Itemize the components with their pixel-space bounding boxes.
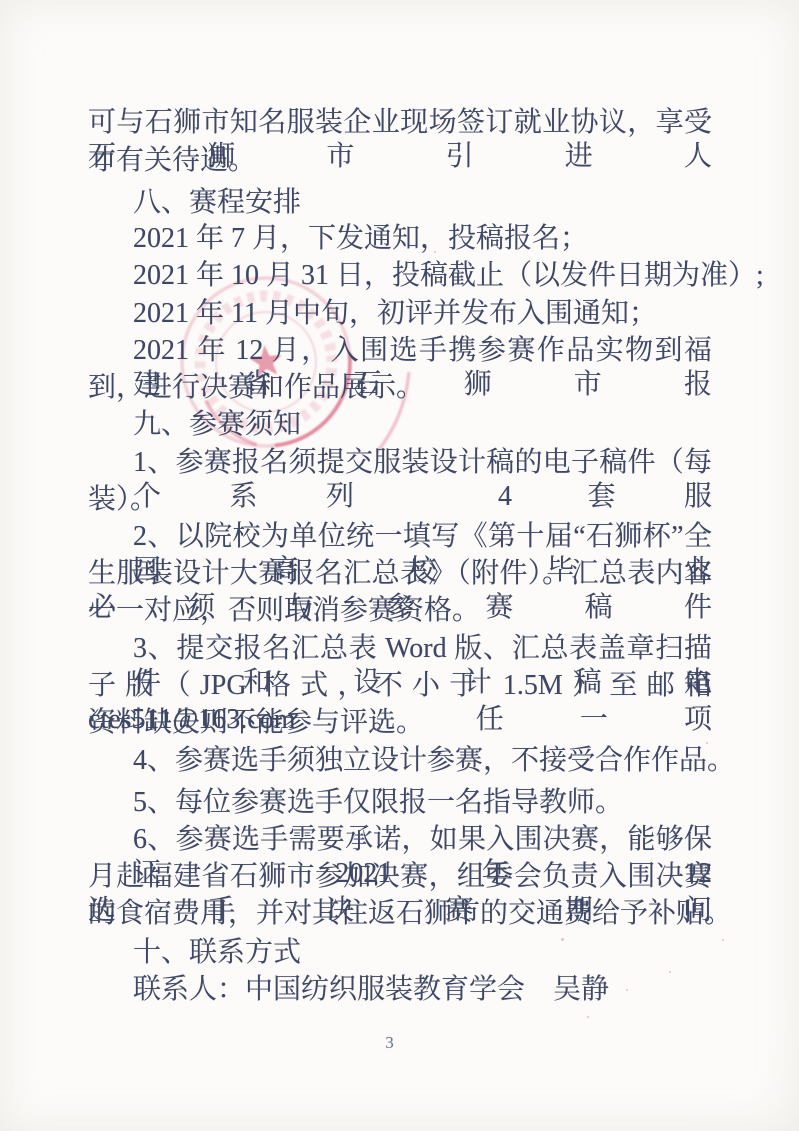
scan-speckle [561, 938, 564, 941]
text-line: 3、提交报名汇总表 Word 版、汇总表盖章扫描件和设计稿电 [88, 632, 712, 668]
text-line: 十、联系方式 [88, 936, 712, 972]
text-line: 八、赛程安排 [88, 186, 712, 222]
text-line: 2021 年 11 月中旬，初评并发布入围通知； [88, 297, 712, 333]
scan-speckle [722, 939, 724, 941]
text-line: 1、参赛报名须提交服装设计稿的电子稿件（每个系列 4 套服 [88, 446, 712, 482]
scan-speckle [434, 251, 436, 253]
text-line: 才有关待遇。 [88, 144, 712, 180]
text-line: 2、以院校为单位统一填写《第十届“石狮杯”全国高校毕业 [88, 520, 712, 556]
text-line: 2021 年 7 月，下发通知，投稿报名； [88, 222, 712, 258]
scan-speckle [669, 971, 671, 973]
scan-speckle [626, 989, 628, 991]
text-line: 资料缺失则不能参与评选。 [88, 706, 712, 742]
text-line: 到，进行决赛和作品展示。 [88, 371, 712, 407]
text-line: 九、参赛须知 [88, 408, 712, 444]
page-number: 3 [0, 1033, 780, 1053]
text-line: 2021 年 12 月，入围选手携参赛作品实物到福建省石狮市报 [88, 334, 712, 370]
text-line: 一一对应，否则取消参赛资格。 [88, 594, 712, 630]
text-line: 5、每位参赛选手仅限报一名指导教师。 [88, 786, 712, 822]
text-line: 装）。 [88, 483, 712, 519]
scan-speckle [587, 1016, 589, 1018]
scan-speckle [706, 742, 708, 744]
text-line: 2021 年 10 月 31 日，投稿截止（以发件日期为准）; [88, 259, 712, 295]
text-line: 生服装设计大赛报名汇总表》（附件）。汇总表内容必须与参赛稿件 [88, 557, 712, 593]
text-line: 联系人：中国纺织服装教育学会 吴静 [88, 973, 712, 1009]
text-line: 的食宿费用，并对其往返石狮市的交通费给予补贴。 [88, 897, 712, 933]
text-line: 月赴福建省石狮市参加决赛，组委会负责入围决赛选手决赛期间 [88, 860, 712, 896]
text-line: 6、参赛选手需要承诺，如果入围决赛，能够保证 2021 年 12 [88, 823, 712, 859]
text-line: 4、参赛选手须独立设计参赛，不接受合作作品。 [88, 744, 712, 780]
scanned-document-page: 可与石狮市知名服装企业现场签订就业协议，享受石狮市引进人才有关待遇。八、赛程安排… [0, 0, 799, 1131]
text-line: 可与石狮市知名服装企业现场签订就业协议，享受石狮市引进人 [88, 106, 712, 142]
text-line: 子版（JPG 格式，不小于 1.5M）至邮箱 ctes511@163.com。任… [88, 669, 712, 705]
